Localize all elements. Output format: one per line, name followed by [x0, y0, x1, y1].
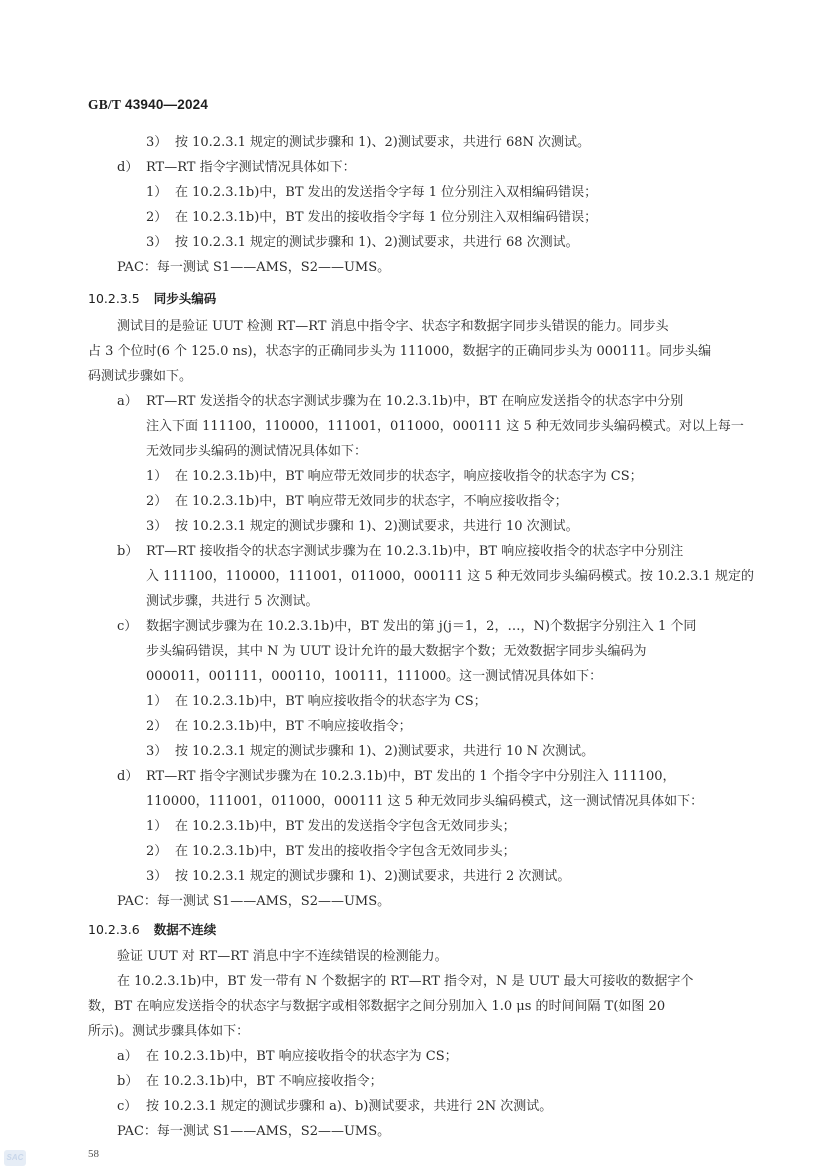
- section-number: 10.2.3.5: [88, 291, 140, 306]
- list-marker: 3）: [146, 234, 175, 252]
- sub-list-item: 3）按 10.2.3.1 规定的测试步骤和 1)、2)测试要求，共进行 2 次测…: [146, 868, 570, 886]
- section-title: 数据不连续: [154, 922, 217, 937]
- list-item: a）在 10.2.3.1b)中，BT 响应接收指令的状态字为 CS；: [117, 1048, 458, 1066]
- list-marker: c）: [117, 1098, 146, 1116]
- section-heading: 10.2.3.5同步头编码: [88, 289, 216, 307]
- standard-number: 43940—2024: [125, 97, 208, 112]
- list-item: c）数据字测试步骤为在 10.2.3.1b)中，BT 发出的第 j(j＝1，2，…: [117, 618, 696, 636]
- list-marker: 2）: [146, 209, 175, 227]
- list-marker: 1）: [146, 468, 175, 486]
- paragraph-line: 验证 UUT 对 RT—RT 消息中字不连续错误的检测能力。: [117, 948, 448, 966]
- pac-line: PAC：每一测试 S1——AMS，S2——UMS。: [117, 1123, 390, 1141]
- standard-header: GB/T 43940—2024: [88, 97, 208, 113]
- standard-code: GB/T: [88, 97, 121, 112]
- page-number: 58: [88, 1148, 99, 1160]
- sub-list-item: 2）在 10.2.3.1b)中，BT 发出的接收指令字包含无效同步头；: [146, 843, 516, 861]
- section-title: 同步头编码: [154, 291, 217, 306]
- list-item: a）RT—RT 发送指令的状态字测试步骤为在 10.2.3.1b)中，BT 在响…: [117, 393, 683, 411]
- sub-list-item: 3）按 10.2.3.1 规定的测试步骤和 1)、2)测试要求，共进行 10 N…: [146, 743, 594, 761]
- list-item-text: 在 10.2.3.1b)中，BT 发出的发送指令字包含无效同步头；: [175, 819, 516, 834]
- pac-line: PAC：每一测试 S1——AMS，S2——UMS。: [117, 259, 390, 277]
- list-item-text: RT—RT 发送指令的状态字测试步骤为在 10.2.3.1b)中，BT 在响应发…: [146, 394, 683, 409]
- list-marker: 3）: [146, 518, 175, 536]
- list-item-text: 按 10.2.3.1 规定的测试步骤和 1)、2)测试要求，共进行 2 次测试。: [175, 869, 570, 884]
- list-item: d）RT—RT 指令字测试情况具体如下：: [117, 159, 356, 177]
- list-item-text: RT—RT 指令字测试情况具体如下：: [146, 160, 356, 175]
- list-item-continuation: 测试步骤，共进行 5 次测试。: [146, 593, 319, 611]
- list-marker: b）: [117, 1073, 146, 1091]
- list-item-text: 按 10.2.3.1 规定的测试步骤和 1)、2)测试要求，共进行 68N 次测…: [175, 135, 590, 150]
- pac-line: PAC：每一测试 S1——AMS，S2——UMS。: [117, 893, 390, 911]
- list-marker: a）: [117, 393, 146, 411]
- sub-list-item: 3）按 10.2.3.1 规定的测试步骤和 1)、2)测试要求，共进行 10 次…: [146, 518, 579, 536]
- list-marker: 2）: [146, 493, 175, 511]
- list-marker: c）: [117, 618, 146, 636]
- list-item-text: 在 10.2.3.1b)中，BT 发出的接收指令字包含无效同步头；: [175, 844, 516, 859]
- list-marker: 1）: [146, 818, 175, 836]
- list-marker: 1）: [146, 693, 175, 711]
- list-marker: a）: [117, 1048, 146, 1066]
- sub-list-item: 1）在 10.2.3.1b)中，BT 响应带无效同步的状态字，响应接收指令的状态…: [146, 468, 643, 486]
- sub-list-item: 2）在 10.2.3.1b)中，BT 响应带无效同步的状态字，不响应接收指令；: [146, 493, 568, 511]
- list-item: 3）按 10.2.3.1 规定的测试步骤和 1)、2)测试要求，共进行 68N …: [146, 134, 590, 152]
- list-item-text: 在 10.2.3.1b)中，BT 发出的接收指令字每 1 位分别注入双相编码错误…: [175, 210, 597, 225]
- list-item-continuation: 注入下面 111100，110000，111001，011000，000111 …: [146, 418, 744, 436]
- list-marker: d）: [117, 768, 146, 786]
- list-item: 3）按 10.2.3.1 规定的测试步骤和 1)、2)测试要求，共进行 68 次…: [146, 234, 579, 252]
- list-item: d）RT—RT 指令字测试步骤为在 10.2.3.1b)中，BT 发出的 1 个…: [117, 768, 676, 786]
- list-item-text: 在 10.2.3.1b)中，BT 响应带无效同步的状态字，不响应接收指令；: [175, 494, 568, 509]
- list-item: 2）在 10.2.3.1b)中，BT 发出的接收指令字每 1 位分别注入双相编码…: [146, 209, 597, 227]
- sub-list-item: 2）在 10.2.3.1b)中，BT 不响应接收指令；: [146, 718, 412, 736]
- paragraph-line: 所示)。测试步骤具体如下：: [88, 1023, 249, 1041]
- paragraph-line: 码测试步骤如下。: [88, 368, 192, 386]
- sac-logo-icon: SAC: [4, 1150, 26, 1166]
- list-item-text: 按 10.2.3.1 规定的测试步骤和 a)、b)测试要求，共进行 2N 次测试…: [146, 1099, 552, 1114]
- list-item: b）RT—RT 接收指令的状态字测试步骤为在 10.2.3.1b)中，BT 响应…: [117, 543, 683, 561]
- list-item-text: 在 10.2.3.1b)中，BT 不响应接收指令；: [146, 1074, 383, 1089]
- list-item-text: 按 10.2.3.1 规定的测试步骤和 1)、2)测试要求，共进行 10 次测试…: [175, 519, 579, 534]
- list-item-text: 在 10.2.3.1b)中，BT 响应接收指令的状态字为 CS；: [175, 694, 487, 709]
- list-item-continuation: 000011，001111，000110，100111，111000。这一测试情…: [146, 668, 602, 686]
- paragraph-line: 测试目的是验证 UUT 检测 RT—RT 消息中指令字、状态字和数据字同步头错误…: [117, 318, 669, 336]
- list-item-text: 数据字测试步骤为在 10.2.3.1b)中，BT 发出的第 j(j＝1，2，…，…: [146, 619, 696, 634]
- list-marker: 3）: [146, 134, 175, 152]
- list-item-text: RT—RT 指令字测试步骤为在 10.2.3.1b)中，BT 发出的 1 个指令…: [146, 769, 676, 784]
- document-page: GB/T 43940—2024 3）按 10.2.3.1 规定的测试步骤和 1)…: [0, 0, 827, 1170]
- section-heading: 10.2.3.6数据不连续: [88, 920, 216, 938]
- list-marker: 2）: [146, 843, 175, 861]
- list-marker: b）: [117, 543, 146, 561]
- list-marker: 3）: [146, 868, 175, 886]
- list-item-continuation: 无效同步头编码的测试情况具体如下：: [146, 443, 367, 461]
- list-item-text: 在 10.2.3.1b)中，BT 不响应接收指令；: [175, 719, 412, 734]
- list-item-text: 在 10.2.3.1b)中，BT 发出的发送指令字每 1 位分别注入双相编码错误…: [175, 185, 597, 200]
- list-item: b）在 10.2.3.1b)中，BT 不响应接收指令；: [117, 1073, 383, 1091]
- list-item-continuation: 110000，111001，011000，000111 这 5 种无效同步头编码…: [146, 793, 703, 811]
- paragraph-line: 在 10.2.3.1b)中，BT 发一带有 N 个数据字的 RT—RT 指令对，…: [117, 973, 693, 991]
- list-item: c）按 10.2.3.1 规定的测试步骤和 a)、b)测试要求，共进行 2N 次…: [117, 1098, 552, 1116]
- list-marker: 1）: [146, 184, 175, 202]
- list-marker: 2）: [146, 718, 175, 736]
- list-item-text: 在 10.2.3.1b)中，BT 响应接收指令的状态字为 CS；: [146, 1049, 458, 1064]
- list-item-continuation: 入 111100，110000，111001，011000，000111 这 5…: [146, 568, 754, 586]
- paragraph-line: 数，BT 在响应发送指令的状态字与数据字或相邻数据字之间分别加入 1.0 μs …: [88, 998, 665, 1016]
- list-item-continuation: 步头编码错误，其中 N 为 UUT 设计允许的最大数据字个数；无效数据字同步头编…: [146, 643, 647, 661]
- sub-list-item: 1）在 10.2.3.1b)中，BT 响应接收指令的状态字为 CS；: [146, 693, 487, 711]
- list-item-text: RT—RT 接收指令的状态字测试步骤为在 10.2.3.1b)中，BT 响应接收…: [146, 544, 683, 559]
- list-marker: 3）: [146, 743, 175, 761]
- list-marker: d）: [117, 159, 146, 177]
- list-item-text: 在 10.2.3.1b)中，BT 响应带无效同步的状态字，响应接收指令的状态字为…: [175, 469, 643, 484]
- section-number: 10.2.3.6: [88, 922, 140, 937]
- list-item-text: 按 10.2.3.1 规定的测试步骤和 1)、2)测试要求，共进行 68 次测试…: [175, 235, 579, 250]
- paragraph-line: 占 3 个位时(6 个 125.0 ns)，状态字的正确同步头为 111000，…: [88, 343, 711, 361]
- list-item: 1）在 10.2.3.1b)中，BT 发出的发送指令字每 1 位分别注入双相编码…: [146, 184, 597, 202]
- sub-list-item: 1）在 10.2.3.1b)中，BT 发出的发送指令字包含无效同步头；: [146, 818, 516, 836]
- list-item-text: 按 10.2.3.1 规定的测试步骤和 1)、2)测试要求，共进行 10 N 次…: [175, 744, 594, 759]
